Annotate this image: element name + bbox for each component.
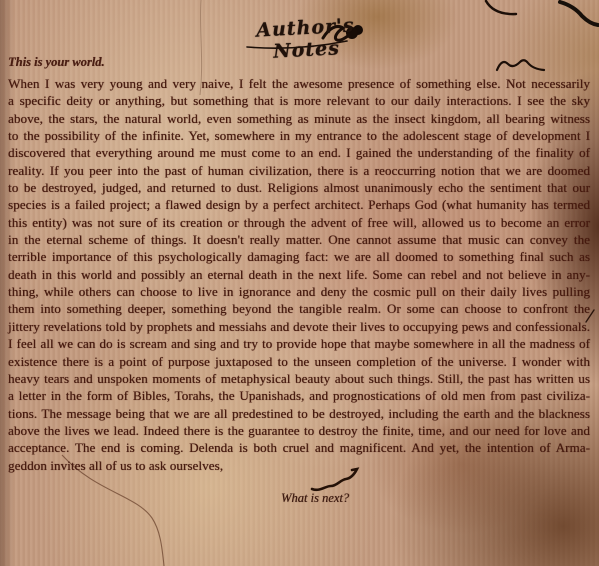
body-line: to be destroyed, judged, and returned to… [8,179,590,196]
body-line: When I was very young and very naive, I … [8,75,590,92]
body-line: a letter in the form of Bibles, Torahs, … [8,387,590,404]
body-line: them into something deeper, something be… [8,300,590,317]
body-line: geddon invites all of us to ask ourselve… [8,457,590,474]
body-line: above the lives we lead. Indeed there is… [8,422,590,439]
body-text: When I was very young and very naive, I … [8,75,590,474]
body-line: tions. The message being that we are all… [8,405,590,422]
body-line: a specific deity or anything, but someth… [8,92,590,109]
body-line: existence there is a point of purpose ju… [8,353,590,370]
closing-question: What is next? [281,491,349,506]
ink-stroke-top-right [486,1,516,14]
ink-squiggle-right [497,60,544,70]
body-line: heavy tears and unspoken moments of meta… [8,370,590,387]
body-line: discovered that everything around me mus… [8,144,590,161]
body-line: species is a failed project; a flawed de… [8,196,590,213]
liner-notes-page: Author's Notes This is your world. When … [0,0,599,566]
ink-mark-corner-right [560,2,598,25]
intro-line: This is your world. [8,55,105,70]
body-line: this entity) was not sure of its creatio… [8,214,590,231]
body-line: terrible importance of this psychologica… [8,248,590,265]
body-line: death in this world and possibly an eter… [8,266,590,283]
body-line: jittery revelations told by prophets and… [8,318,590,335]
body-line: reality. If you peer into the past of hu… [8,162,590,179]
body-line: in the eternal scheme of things. It does… [8,231,590,248]
handwritten-title: Author's Notes [235,13,377,64]
body-line: to the possibility of the infinite. Yet,… [8,127,590,144]
body-line: I feel all we can do is scream and sing … [8,335,590,352]
body-line: thing, while others can choose to live i… [8,283,590,300]
body-line: above, the stars, the natural world, eve… [8,110,590,127]
body-line: acceptance. The end is coming. Delenda i… [8,439,590,456]
